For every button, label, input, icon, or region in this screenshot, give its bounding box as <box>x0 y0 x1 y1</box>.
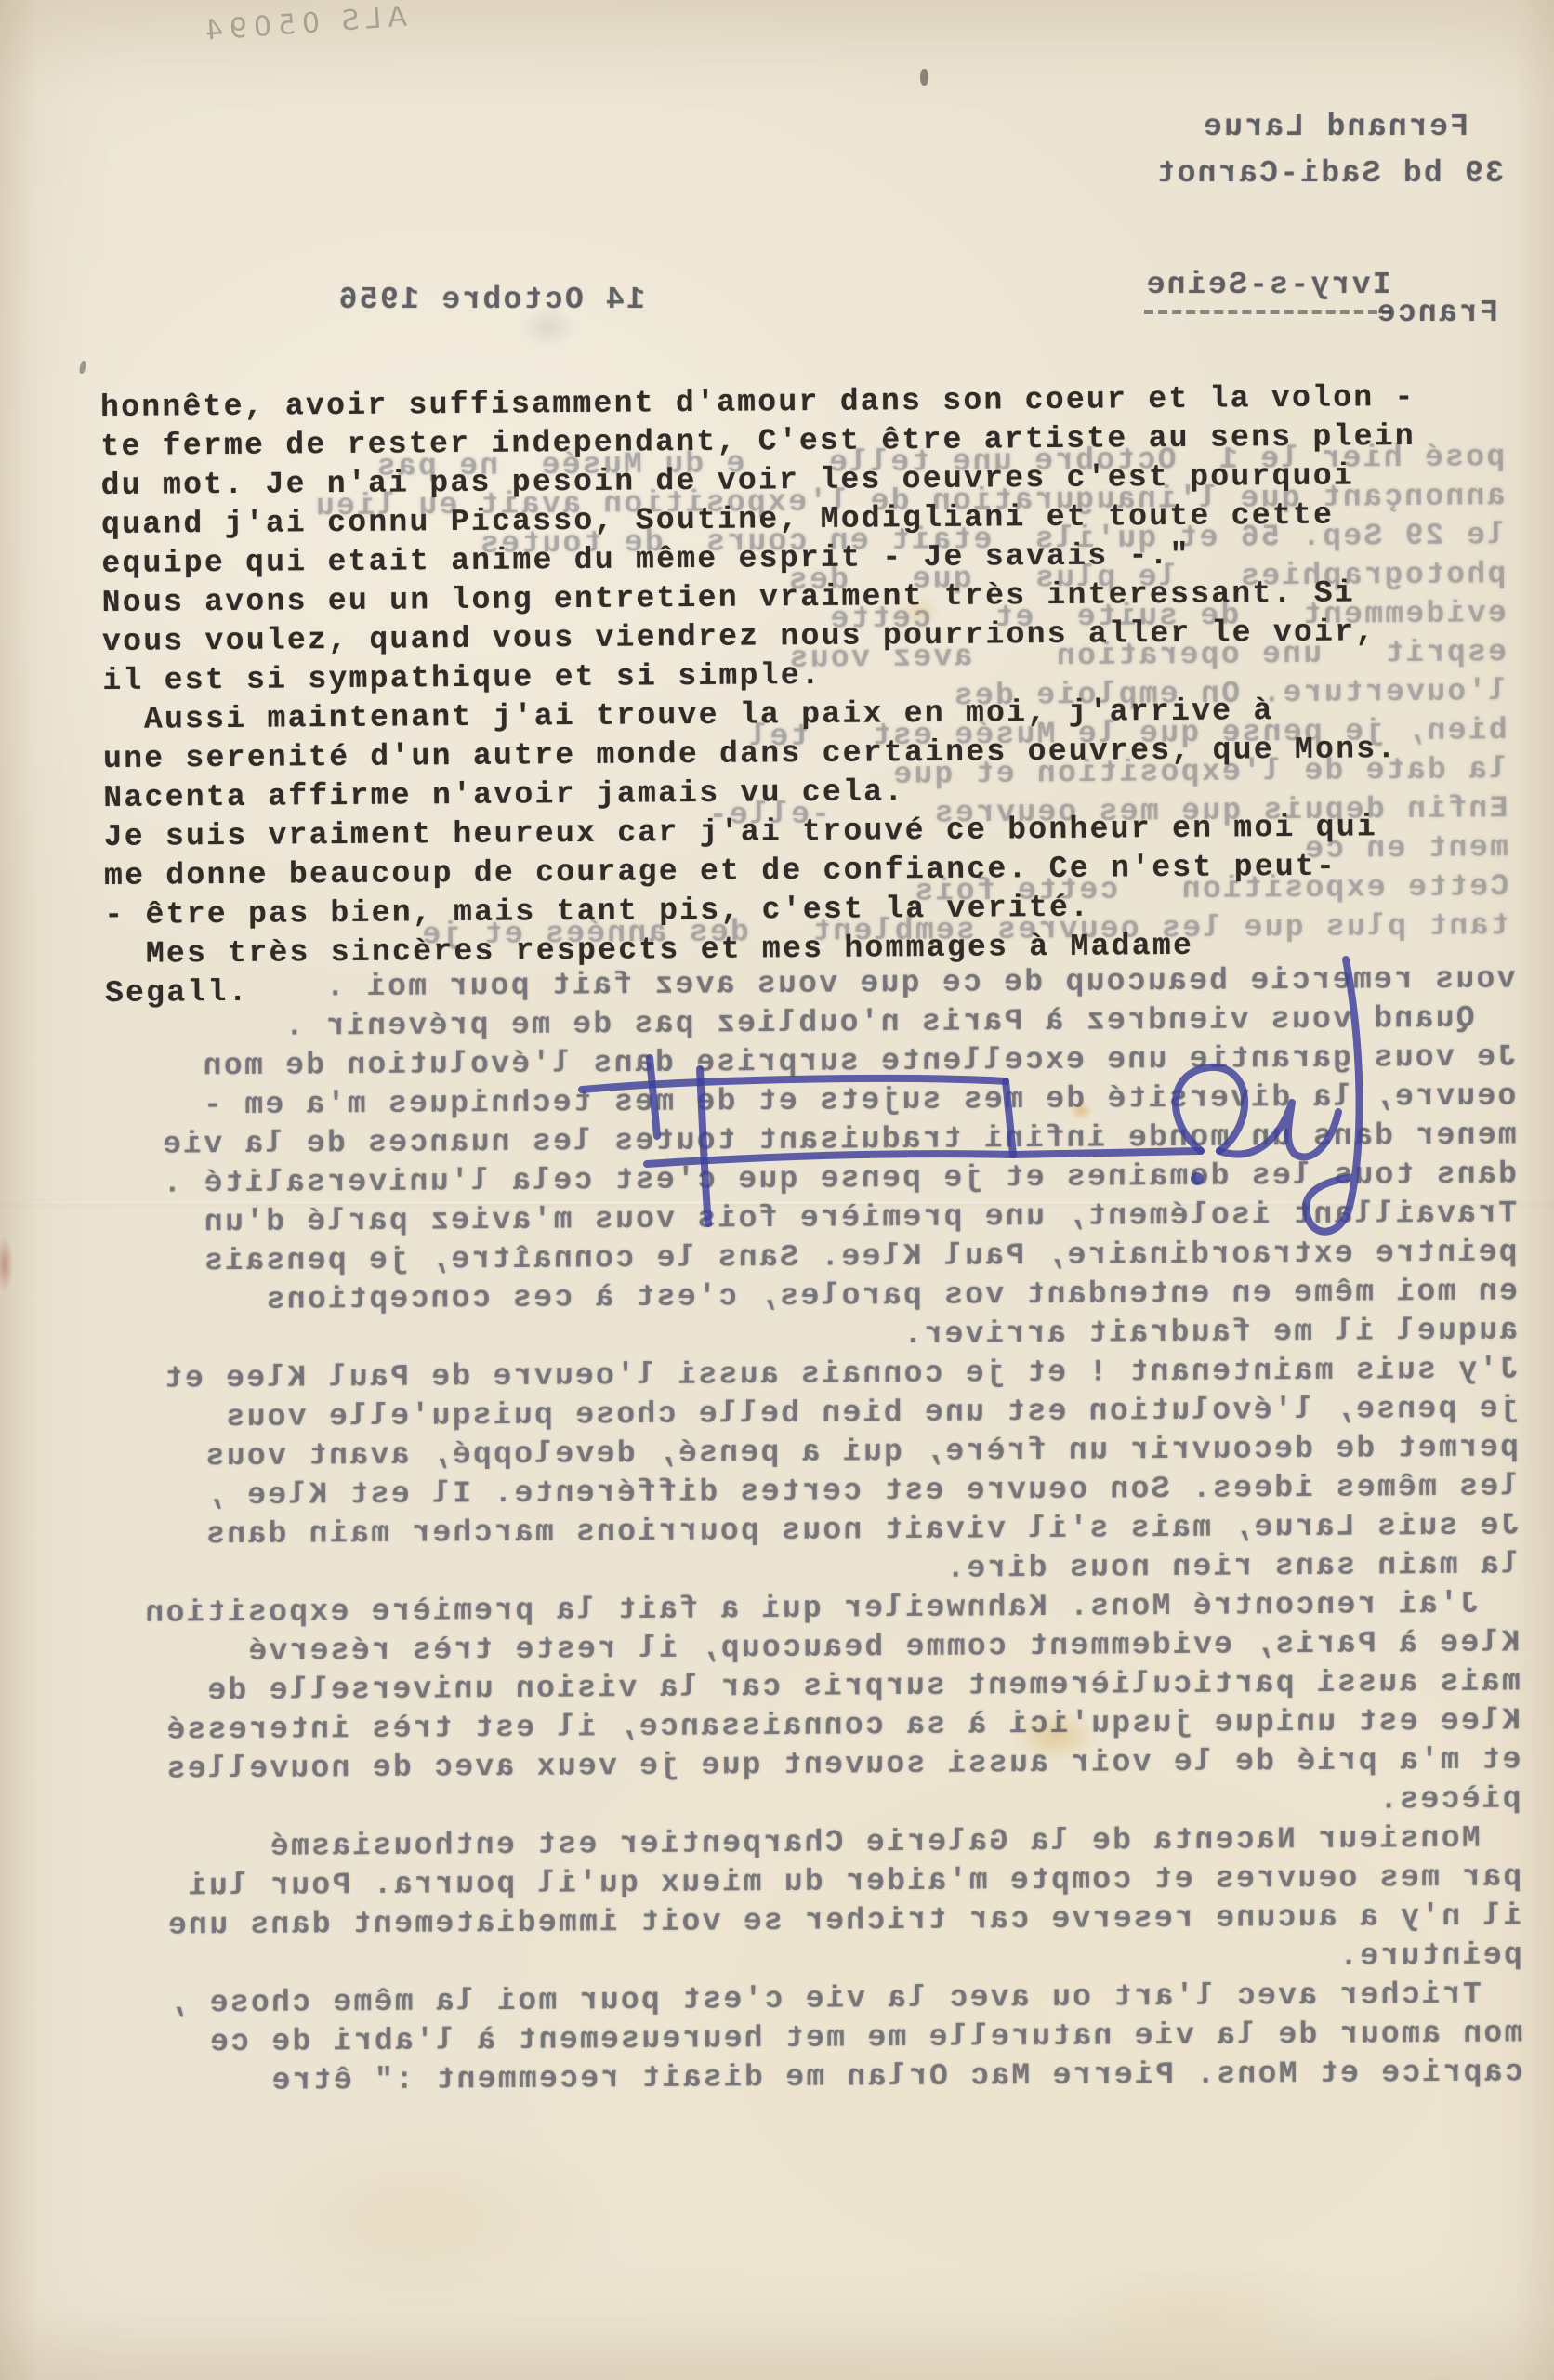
letter-page: ALS 05094 Fernand Larue 39 bd Sadi-Carno… <box>0 0 1554 2380</box>
signature-ink-bleed <box>0 0 1554 2380</box>
